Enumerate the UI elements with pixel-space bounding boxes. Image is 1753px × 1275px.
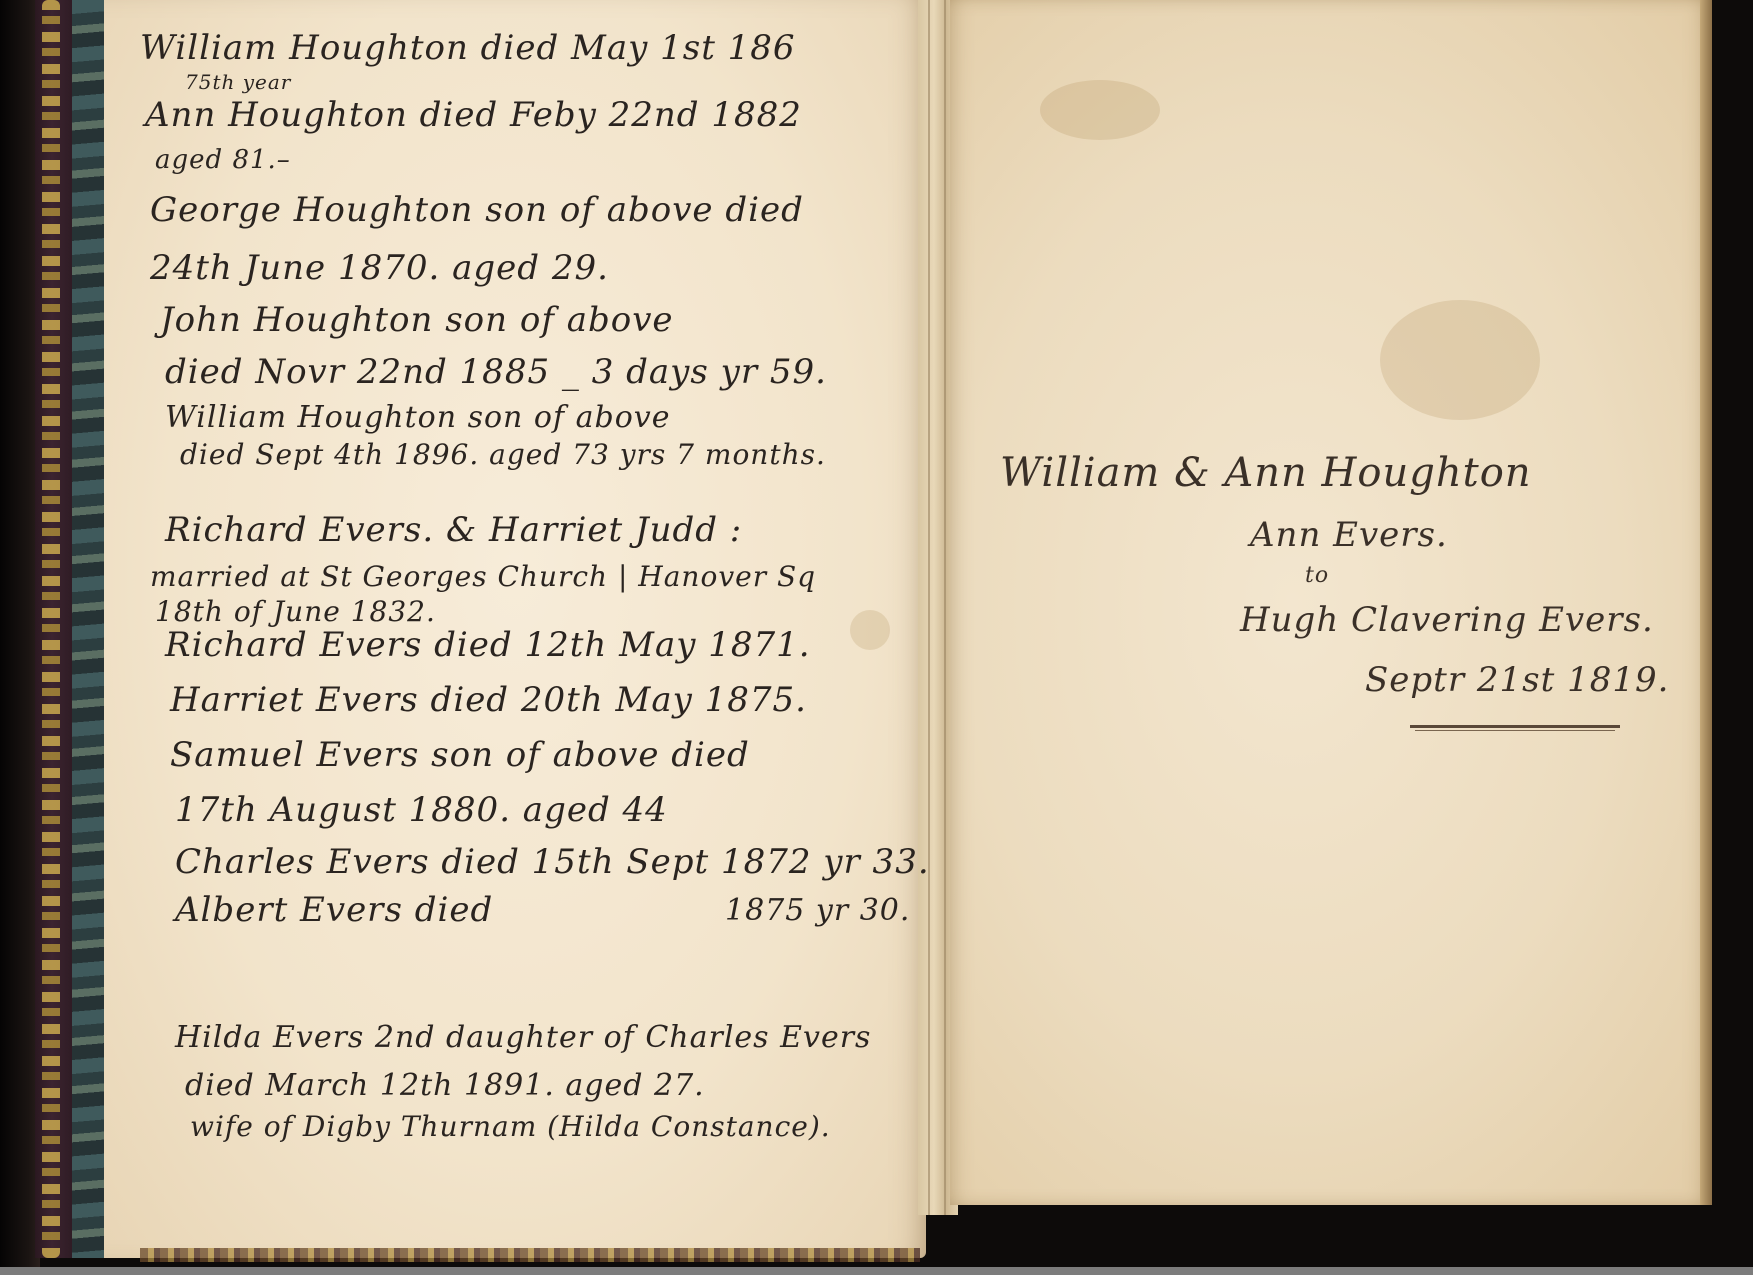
- entry-line: 18th of June 1832.: [155, 595, 436, 628]
- entry-line: George Houghton son of above died: [150, 190, 804, 230]
- entry-line: Charles Evers died 15th Sept 1872 yr 33.: [175, 842, 930, 882]
- entry-line: died March 12th 1891. aged 27.: [185, 1068, 705, 1103]
- inscription-line: Ann Evers.: [1250, 515, 1448, 555]
- gold-tooled-border: [42, 0, 60, 1258]
- entry-annotation: 75th year: [185, 70, 291, 94]
- underline-rule: [1415, 730, 1615, 731]
- entry-line: married at St Georges Church | Hanover S…: [150, 560, 816, 593]
- entry-line: wife of Digby Thurnam (Hilda Constance).: [190, 1110, 831, 1143]
- entry-line: Hilda Evers 2nd daughter of Charles Ever…: [175, 1020, 871, 1055]
- entry-line: 1875 yr 30.: [725, 893, 910, 928]
- entry-line: Richard Evers died 12th May 1871.: [165, 625, 811, 665]
- gutter-crease: [944, 0, 946, 1215]
- entry-line: Albert Evers died: [175, 890, 493, 930]
- entry-line: aged 81.–: [155, 145, 291, 175]
- bottom-scan-strip: [0, 1267, 1753, 1275]
- bottom-gold-tooling: [140, 1248, 920, 1262]
- inscription-line: Hugh Clavering Evers.: [1240, 600, 1654, 640]
- inscription-line: to: [1305, 563, 1329, 588]
- entry-line: William Houghton son of above: [165, 400, 670, 435]
- entry-line: Samuel Evers son of above died: [170, 735, 750, 775]
- inscription-line: Septr 21st 1819.: [1365, 660, 1669, 700]
- book-cover-edge: [0, 0, 40, 1267]
- entry-line: Richard Evers. & Harriet Judd :: [165, 510, 742, 550]
- entry-line: died Sept 4th 1896. aged 73 yrs 7 months…: [180, 438, 826, 471]
- right-page-edge: [1700, 0, 1712, 1205]
- inscription-line: William & Ann Houghton: [1000, 450, 1532, 496]
- entry-line: 17th August 1880. aged 44: [175, 790, 668, 830]
- entry-line: John Houghton son of above: [160, 300, 674, 340]
- entry-line: 24th June 1870. aged 29.: [150, 248, 609, 288]
- entry-line: Ann Houghton died Feby 22nd 1882: [145, 95, 802, 135]
- foxing-stain: [1040, 80, 1160, 140]
- entry-line: Harriet Evers died 20th May 1875.: [170, 680, 807, 720]
- entry-line: William Houghton died May 1st 186: [140, 28, 796, 68]
- entry-line: died Novr 22nd 1885 _ 3 days yr 59.: [165, 352, 827, 392]
- underline-rule: [1410, 725, 1620, 728]
- foxing-stain: [1380, 300, 1540, 420]
- foxing-stain: [850, 610, 890, 650]
- gutter-crease: [928, 0, 930, 1215]
